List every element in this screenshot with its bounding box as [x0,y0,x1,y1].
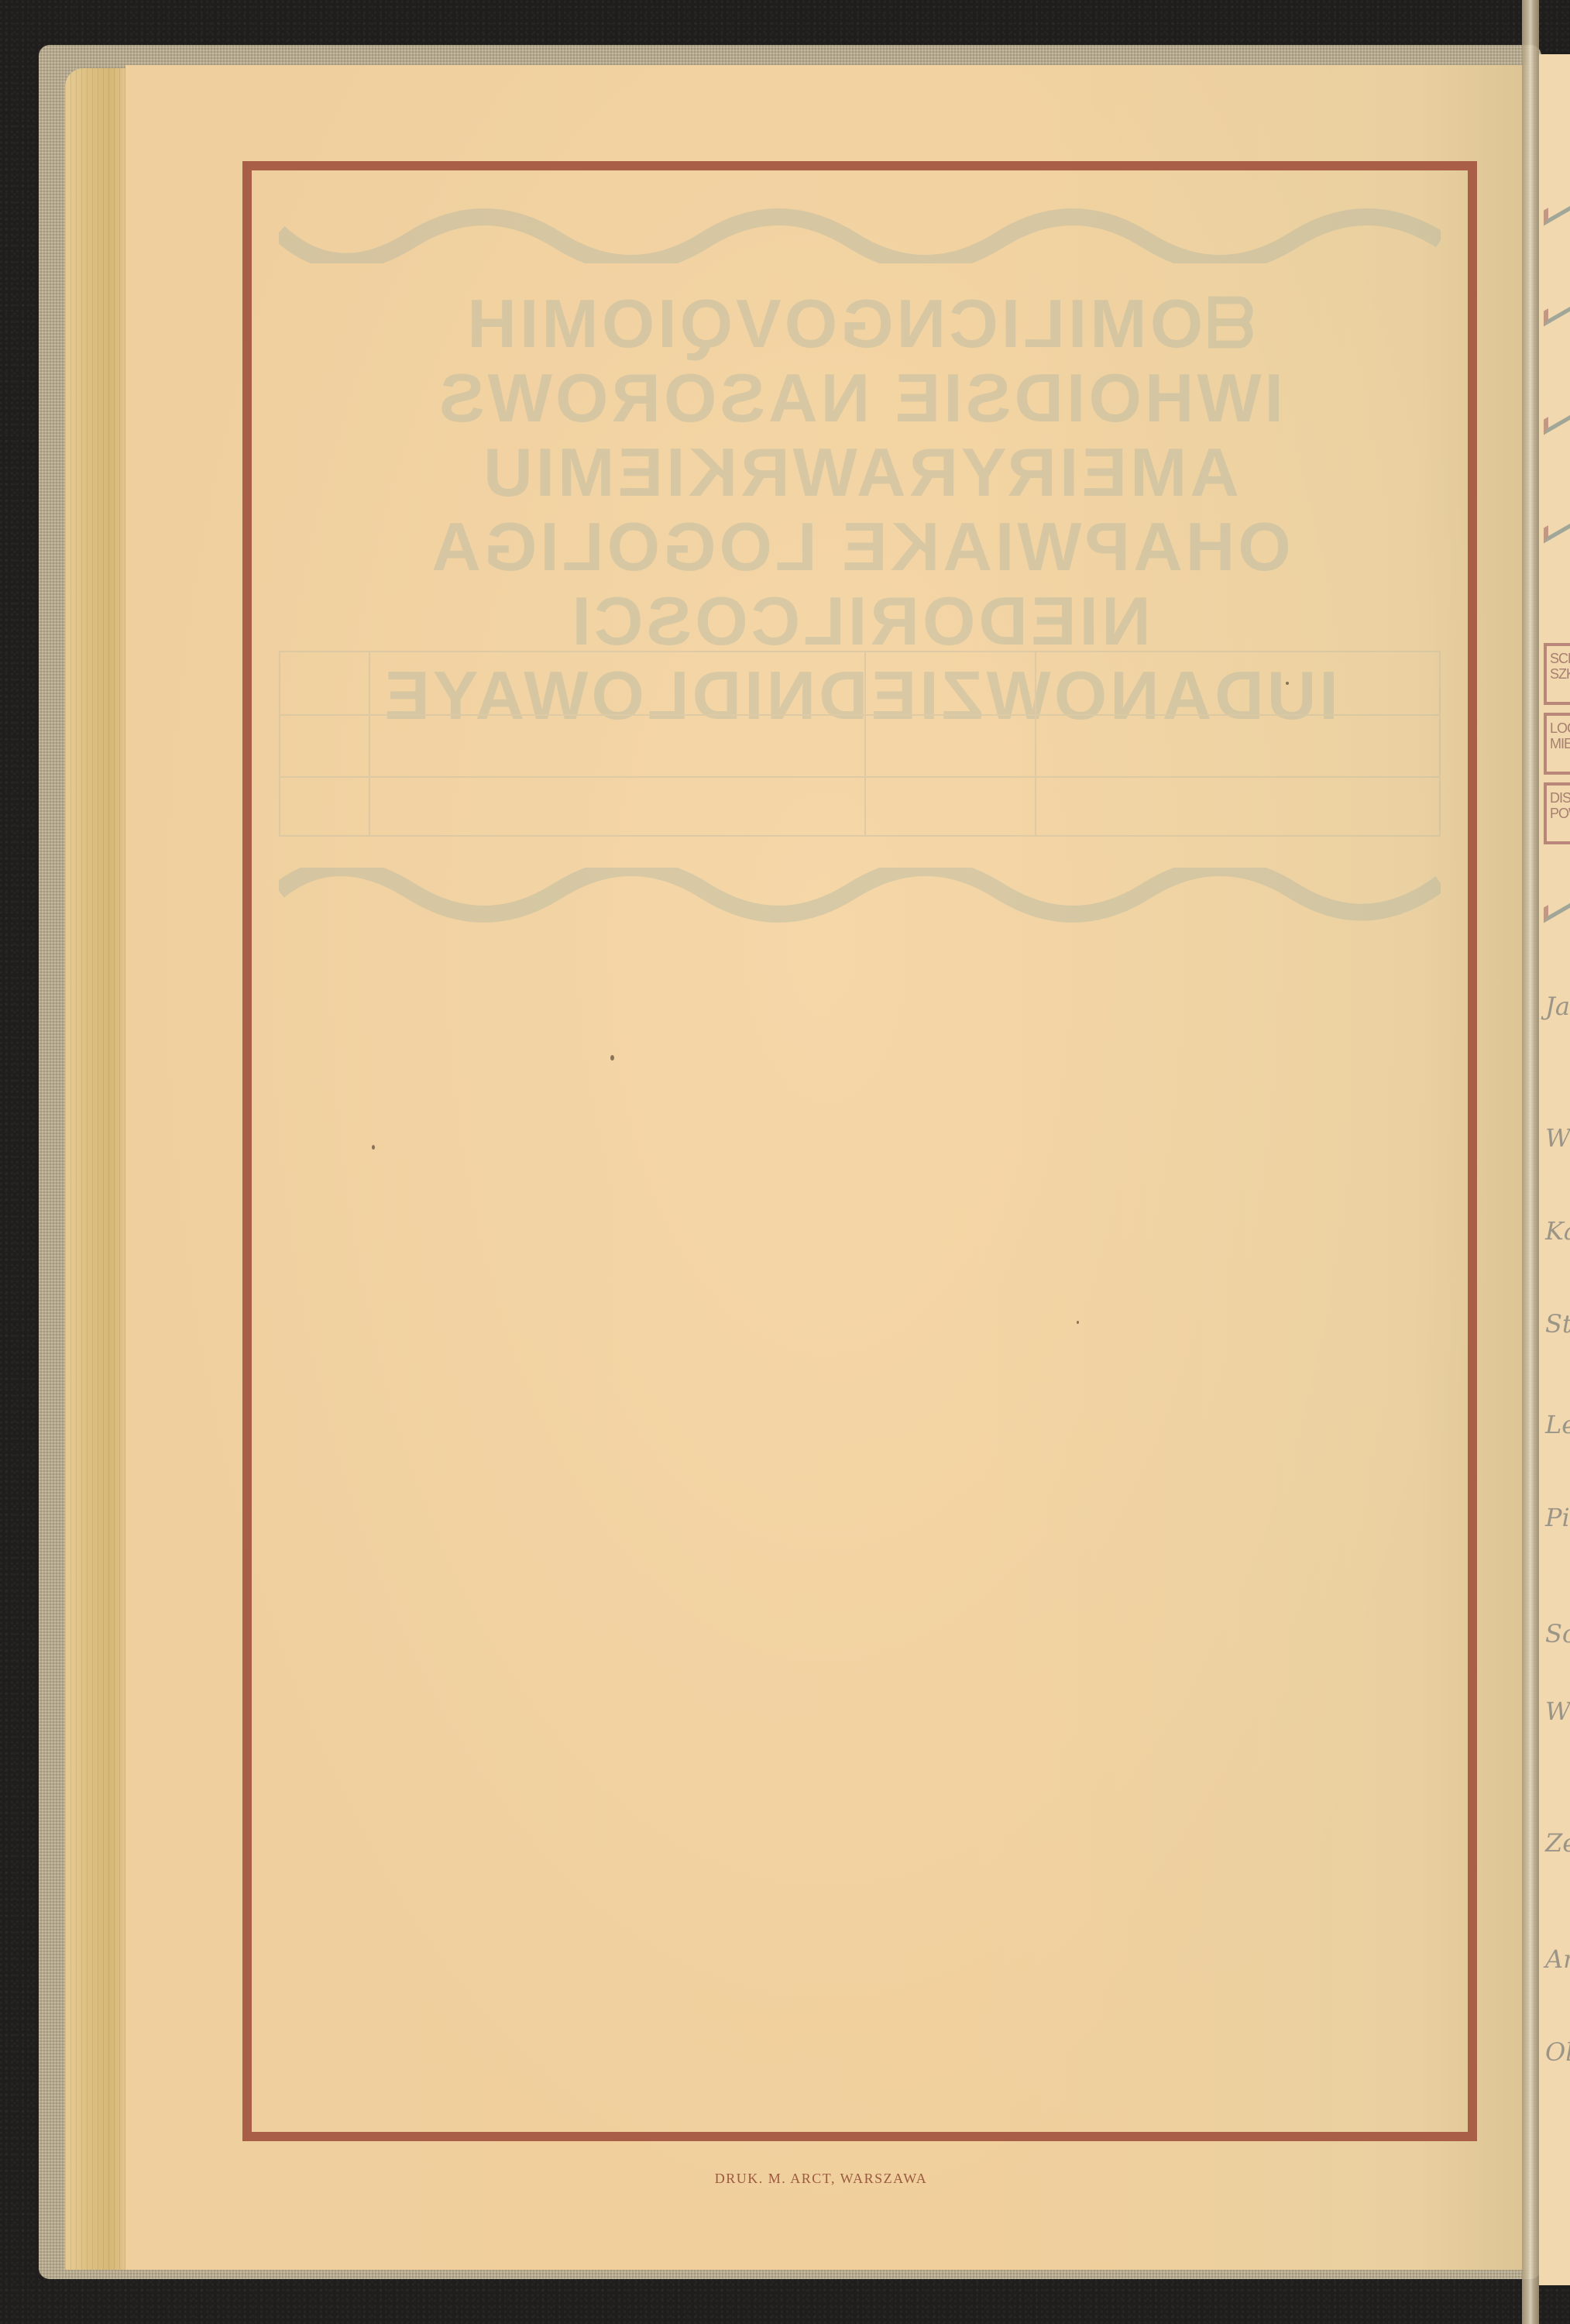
decorative-red-frame [242,161,1477,2141]
adjacent-ornament [1544,510,1570,543]
adjacent-handwriting: Pio [1545,1503,1570,1532]
adjacent-label-locality: LOCA MIEJ [1544,713,1570,775]
adjacent-ornament [1544,293,1570,326]
adjacent-page-strip: SCHO SZKO LOCA MIEJ DIST POW Ja Wł Kaz S… [1539,54,1570,2285]
adjacent-handwriting: Le [1545,1410,1570,1439]
page-edge-stack [65,68,127,2270]
printer-imprint: DRUK. M. ARCT, WARSZAWA [0,2171,1570,2187]
paper-speck [1286,682,1289,685]
paper-speck [372,1145,375,1150]
adjacent-handwriting: Sof [1545,1619,1570,1648]
adjacent-label-school: SCHO SZKO [1544,643,1570,705]
adjacent-label-district: DIST POW [1544,782,1570,844]
adjacent-handwriting: Wł [1545,1123,1570,1153]
adjacent-handwriting: Ja [1545,992,1570,1021]
paper-speck [1077,1321,1079,1324]
adjacent-handwriting: Kaz [1545,1216,1570,1246]
adjacent-ornament [1544,889,1570,923]
adjacent-handwriting: Wła [1545,1697,1570,1726]
book-gutter [1522,0,1539,2324]
adjacent-ornament [1544,192,1570,225]
adjacent-handwriting: Stef [1545,1309,1570,1339]
adjacent-ornament [1544,401,1570,435]
paper-speck [610,1055,614,1061]
adjacent-handwriting: Olga [1545,2037,1570,2067]
adjacent-handwriting: An [1545,1944,1570,1974]
adjacent-handwriting: Zenu [1545,1828,1570,1858]
